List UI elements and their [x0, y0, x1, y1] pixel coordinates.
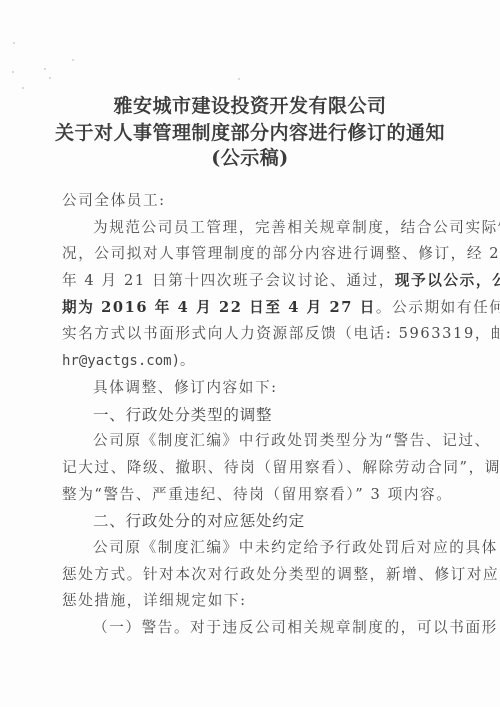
scan-speck: [72, 59, 74, 61]
contact-line: 实名方式以书面形式向人力资源部反馈（电话: 5963319，邮箱:: [62, 321, 442, 348]
publicity-period-emphasis: 期为 2016 年 4 月 22 日至 4 月 27 日: [62, 299, 376, 316]
scan-speck: [238, 78, 240, 80]
section2-line: 公司原《制度汇编》中未约定给予行政处罚后对应的具体: [62, 535, 442, 562]
paragraph-line: 况，公司拟对人事管理制度的部分内容进行调整、修订，经 2016: [62, 241, 442, 268]
section1-line: 记大过、降级、撤职、待岗（留用察看）、解除劳动合同”，调: [62, 455, 442, 482]
document-title-draft-label: (公示稿): [0, 143, 500, 170]
publicity-notice-emphasis: 现予以公示，公示: [395, 272, 500, 289]
scan-speck: [22, 87, 24, 89]
greeting: 公司全体员工:: [62, 188, 442, 215]
scan-speck: [49, 77, 51, 79]
paragraph-text: 年 4 月 21 日第十四次班子会议讨论、通过，: [62, 272, 395, 289]
paragraph-line: 年 4 月 21 日第十四次班子会议讨论、通过，现予以公示，公示: [62, 268, 442, 295]
document-title-subject: 关于对人事管理制度部分内容进行修订的通知: [0, 118, 500, 145]
contact-email: hr@yactgs.com)。: [62, 348, 442, 375]
scan-speck: [13, 42, 15, 44]
paragraph-line: 为规范公司员工管理，完善相关规章制度，结合公司实际情: [62, 215, 442, 242]
section-heading-1: 一、行政处分类型的调整: [62, 402, 442, 429]
scan-speck: [44, 68, 46, 70]
section2-line: 惩处方式。针对本次对行政处分类型的调整，新增、修订对应: [62, 562, 442, 589]
document-title-company: 雅安城市建设投资开发有限公司: [0, 91, 500, 118]
paragraph-line: 期为 2016 年 4 月 22 日至 4 月 27 日。公示期如有任何异议，请: [62, 295, 442, 322]
section1-line: 公司原《制度汇编》中行政处罚类型分为“警告、记过、: [62, 428, 442, 455]
section2-line: 惩处措施，详细规定如下:: [62, 588, 442, 615]
item-warning: （一）警告。对于违反公司相关规章制度的，可以书面形: [62, 615, 442, 642]
document-page: 雅安城市建设投资开发有限公司 关于对人事管理制度部分内容进行修订的通知 (公示稿…: [0, 0, 500, 707]
section1-line: 整为“警告、严重违纪、待岗（留用察看）” 3 项内容。: [62, 482, 442, 509]
paragraph-text: 。公示期如有任何异议，请: [376, 299, 500, 316]
intro-line: 具体调整、修订内容如下:: [62, 375, 442, 402]
document-body: 公司全体员工: 为规范公司员工管理，完善相关规章制度，结合公司实际情 况，公司拟…: [62, 188, 442, 642]
section-heading-2: 二、行政处分的对应惩处约定: [62, 508, 442, 535]
scan-speck: [12, 71, 14, 73]
